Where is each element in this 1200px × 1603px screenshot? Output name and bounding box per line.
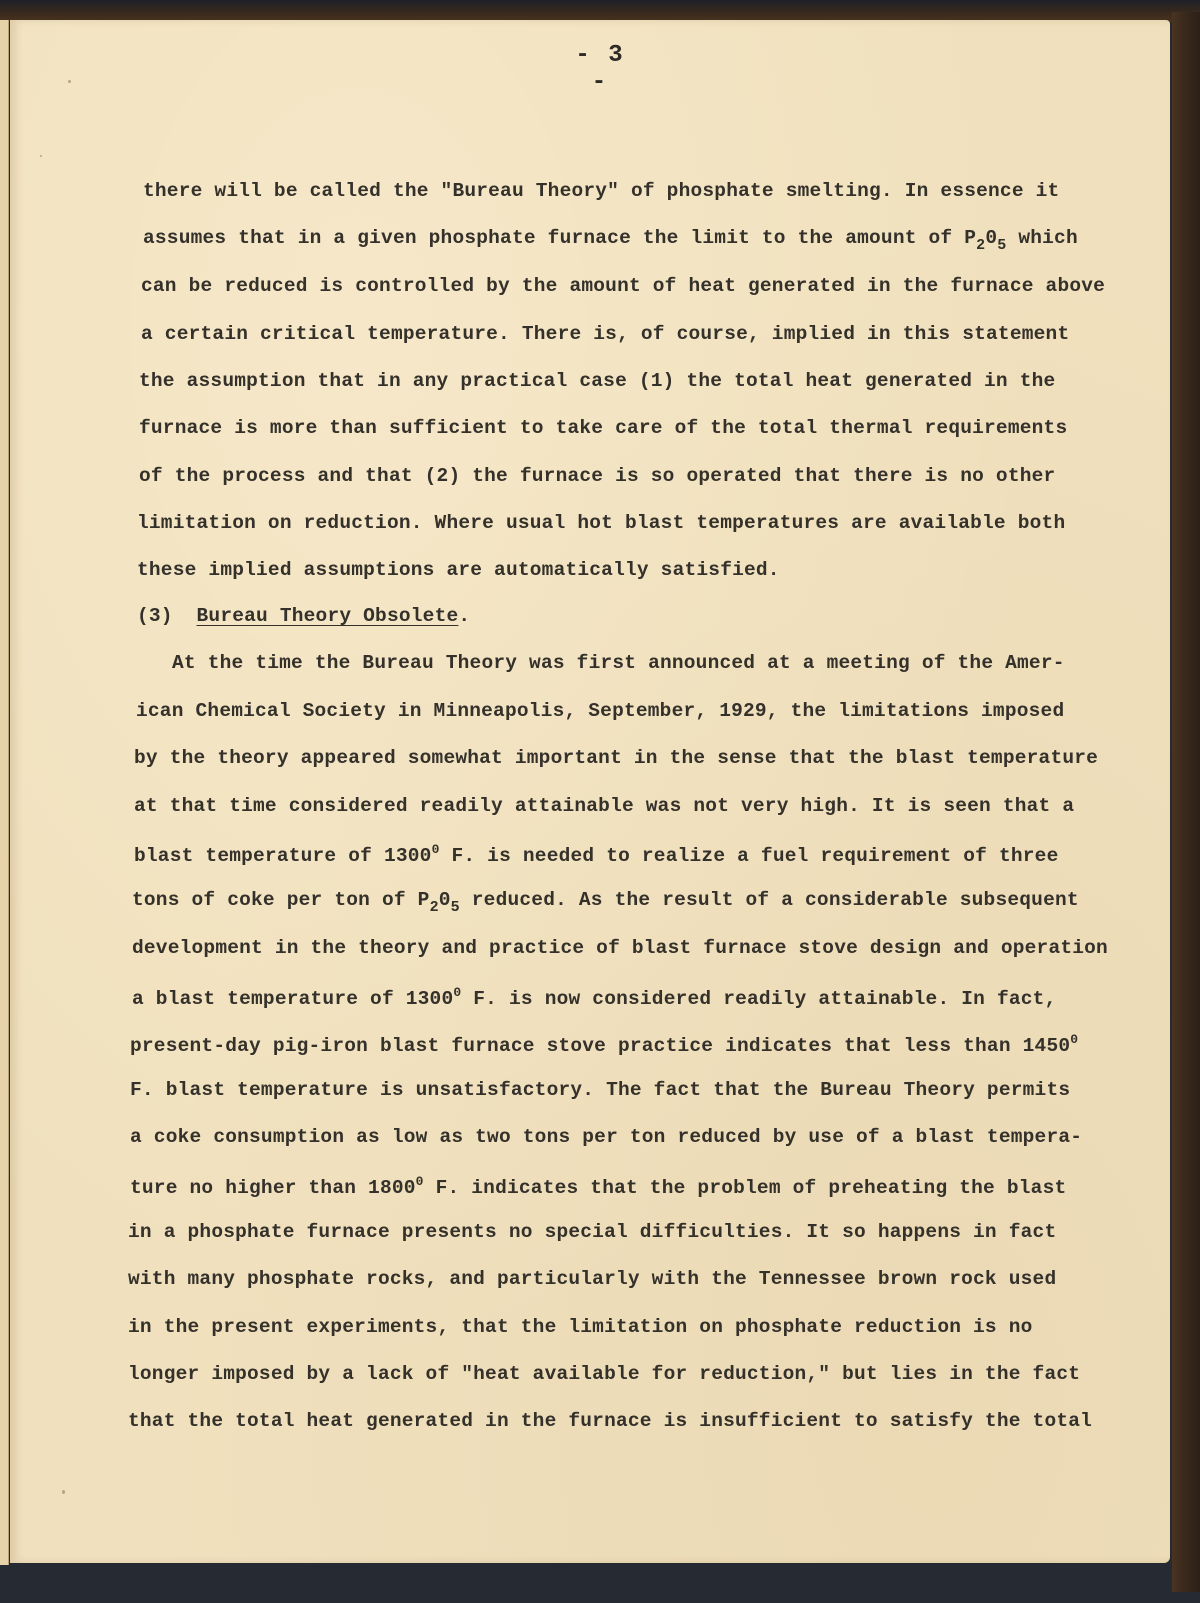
text-line: a coke consumption as low as two tons pe… xyxy=(130,1126,1082,1148)
paper-speck xyxy=(40,155,42,157)
text-segment: F. indicates that the problem of preheat… xyxy=(424,1177,1067,1199)
text-line: present-day pig-iron blast furnace stove… xyxy=(130,1032,1078,1057)
degree-mark: 0 xyxy=(416,1174,424,1189)
book-cover-right-edge xyxy=(1172,12,1200,1592)
text-line: there will be called the "Bureau Theory"… xyxy=(143,180,1059,202)
text-segment: a blast temperature of 1300 xyxy=(132,988,453,1010)
document-page: - 3 - there will be called the "Bureau T… xyxy=(10,20,1170,1563)
text-line: At the time the Bureau Theory was first … xyxy=(172,652,1065,674)
subscript: 2 xyxy=(430,899,439,916)
text-segment: 0 xyxy=(985,227,997,249)
subscript: 2 xyxy=(976,237,985,254)
text-line: these implied assumptions are automatica… xyxy=(137,559,780,581)
text-line: with many phosphate rocks, and particula… xyxy=(128,1268,1056,1290)
degree-mark: 0 xyxy=(432,842,440,857)
text-line: ican Chemical Society in Minneapolis, Se… xyxy=(136,700,1064,722)
text-segment: blast temperature of 1300 xyxy=(134,845,432,867)
text-segment: which xyxy=(1006,227,1077,249)
text-line: a blast temperature of 13000 F. is now c… xyxy=(132,985,1056,1010)
section-number: (3) xyxy=(137,605,173,627)
text-segment: reduced. As the result of a considerable… xyxy=(460,889,1079,911)
text-line: F. blast temperature is unsatisfactory. … xyxy=(130,1079,1070,1101)
text-segment: F. is now considered readily attainable.… xyxy=(461,988,1056,1010)
section-heading: (3) Bureau Theory Obsolete. xyxy=(137,605,470,627)
text-line: of the process and that (2) the furnace … xyxy=(139,465,1055,487)
text-line: in the present experiments, that the lim… xyxy=(128,1316,1033,1338)
text-line: longer imposed by a lack of "heat availa… xyxy=(128,1363,1080,1385)
page-number: - 3 - xyxy=(570,42,630,96)
text-line: can be reduced is controlled by the amou… xyxy=(141,275,1105,297)
paper-speck xyxy=(68,80,71,83)
paper-speck xyxy=(62,1490,65,1494)
text-line: at that time considered readily attainab… xyxy=(134,795,1074,817)
book-cover-top-edge xyxy=(0,0,1200,22)
text-segment: ture no higher than 1800 xyxy=(130,1177,416,1199)
text-line: development in the theory and practice o… xyxy=(132,937,1108,959)
text-segment: tons of coke per ton of P xyxy=(132,889,430,911)
text-segment: F. is needed to realize a fuel requireme… xyxy=(440,845,1059,867)
text-line: by the theory appeared somewhat importan… xyxy=(134,747,1098,769)
text-line: limitation on reduction. Where usual hot… xyxy=(137,512,1065,534)
text-segment: 0 xyxy=(439,889,451,911)
text-line: ture no higher than 18000 F. indicates t… xyxy=(130,1174,1066,1199)
degree-mark: 0 xyxy=(1070,1032,1078,1047)
section-title: Bureau Theory Obsolete xyxy=(197,605,459,627)
text-line: a certain critical temperature. There is… xyxy=(141,323,1069,345)
section-title-period: . xyxy=(458,605,470,627)
text-line: blast temperature of 13000 F. is needed … xyxy=(134,842,1058,867)
text-line: that the total heat generated in the fur… xyxy=(128,1410,1092,1432)
subscript: 5 xyxy=(451,899,460,916)
text-segment: present-day pig-iron blast furnace stove… xyxy=(130,1035,1070,1057)
text-line: the assumption that in any practical cas… xyxy=(139,370,1055,392)
text-line: tons of coke per ton of P205 reduced. As… xyxy=(132,889,1079,916)
text-line: assumes that in a given phosphate furnac… xyxy=(143,227,1078,254)
text-line: in a phosphate furnace presents no speci… xyxy=(128,1221,1056,1243)
text-segment: assumes that in a given phosphate furnac… xyxy=(143,227,976,249)
facing-page-edge xyxy=(0,20,9,1565)
text-line: furnace is more than sufficient to take … xyxy=(139,417,1067,439)
